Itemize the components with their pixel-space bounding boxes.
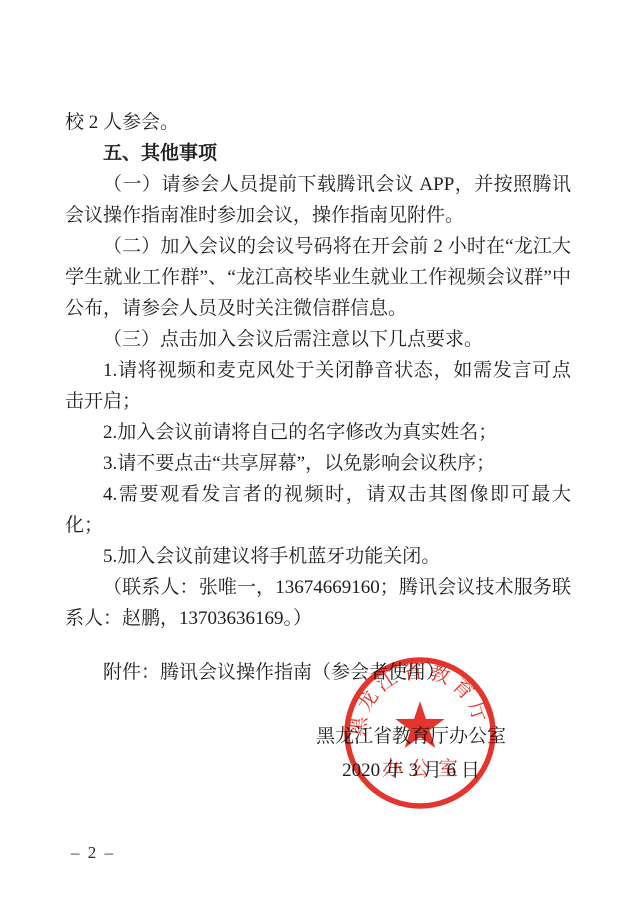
svg-text:育: 育 bbox=[448, 674, 478, 704]
document-body: 校 2 人参会。 五、其他事项 （一）请参会人员提前下载腾讯会议 APP，并按照… bbox=[65, 107, 571, 688]
svg-text:黑: 黑 bbox=[346, 714, 371, 737]
svg-text:江: 江 bbox=[372, 666, 401, 696]
continuation-line: 校 2 人参会。 bbox=[65, 107, 571, 138]
svg-text:龙: 龙 bbox=[353, 686, 383, 715]
svg-text:省: 省 bbox=[401, 659, 424, 684]
paragraph-item-2: （二）加入会议的会议号码将在开会前 2 小时在“龙江大学生就业工作群”、“龙江高… bbox=[65, 231, 571, 324]
section-heading: 五、其他事项 bbox=[65, 138, 571, 169]
document-page: 校 2 人参会。 五、其他事项 （一）请参会人员提前下载腾讯会议 APP，并按照… bbox=[0, 0, 635, 902]
page-number: – 2 – bbox=[71, 843, 115, 863]
paragraph-item-1: （一）请参会人员提前下载腾讯会议 APP，并按照腾讯会议操作指南准时参加会议，操… bbox=[65, 169, 571, 231]
contact-note: （联系人：张唯一，13674669160；腾讯会议技术服务联系人：赵鹏，1370… bbox=[65, 572, 571, 634]
svg-text:室: 室 bbox=[438, 757, 458, 780]
svg-text:公: 公 bbox=[410, 758, 430, 780]
list-item-4: 4.需要观看发言者的视频时，请双击其图像即可最大化； bbox=[65, 479, 571, 541]
svg-text:办: 办 bbox=[382, 757, 403, 780]
seal-star-icon bbox=[395, 701, 444, 748]
list-item-2: 2.加入会议前请将自己的名字修改为真实姓名； bbox=[65, 417, 571, 448]
list-item-1: 1.请将视频和麦克风处于关闭静音状态，如需发言可点击开启； bbox=[65, 355, 571, 417]
official-seal: 黑龙江省教育厅 办公室 bbox=[335, 648, 505, 818]
paragraph-item-3: （三）点击加入会议后需注意以下几点要求。 bbox=[65, 324, 571, 355]
seal-bottom-text: 办公室 bbox=[382, 757, 458, 780]
list-item-3: 3.请不要点击“共享屏幕”，以免影响会议秩序； bbox=[65, 448, 571, 479]
list-item-5: 5.加入会议前建议将手机蓝牙功能关闭。 bbox=[65, 541, 571, 572]
